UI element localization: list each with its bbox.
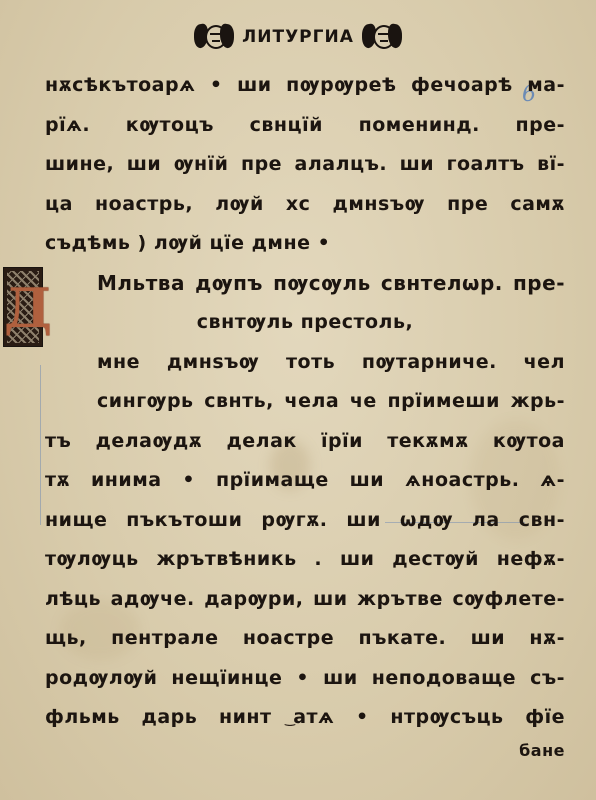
cherub-head-icon [362,22,402,52]
text-line: сингѹрь свнть, чела че прїимеши жрь- [45,382,565,422]
text-line: лѣць адѹче. дарѹри, ши жрътве сѹфлете- [45,580,565,620]
text-line: тѫ инима • прїимаще ши ѧноастрь. ѧ- [45,461,565,501]
body-text: нѫсѣкътоарѧ • ши пѹрѹреѣ фечоарѣ ма- рїѧ… [45,66,565,764]
illuminated-initial: Д [3,267,43,347]
text-line: щь, пентрале ноастре пъкате. ши нѫ- [45,619,565,659]
prayer-title-line: свнтѹль престоль, [45,303,565,343]
dropcap-letter: Д [4,278,42,338]
text-line: фльмь дарь нинт атѧ • нтрѹсъць фїе [45,698,565,738]
text-line: шине, ши ѹнїй пре алалцъ. ши гоалтъ вї- [45,145,565,185]
text-line: тѹлѹць жрътвѣникь . ши дестѹй нефѫ- [45,540,565,580]
text-line: ца ноастрь, лѹй хс дмнѕъѹ пре самѫ [45,185,565,225]
text-line: нѫсѣкътоарѧ • ши пѹрѹреѣ фечоарѣ ма- [45,66,565,106]
manuscript-page: ЛИТУРГИА 6 нѫсѣкътоарѧ • ши пѹрѹреѣ фечо… [0,0,596,800]
running-title: ЛИТУРГИА [242,27,354,47]
cherub-head-icon [194,22,234,52]
prayer-title-line: Мльтва дѹпъ пѹсѹль свнтелѡр. пре- [45,264,565,304]
bottom-mark: ‿ [285,712,295,726]
catchword: бане [45,738,565,764]
margin-ruling-line [40,365,41,525]
text-line: мне дмнѕъѹ тоть пѹтарниче. чел [45,343,565,383]
running-header: ЛИТУРГИА [0,22,596,52]
text-line: нище пъкътоши рѹгѫ. ши ѡдѹ ла свн- [45,501,565,541]
text-line: тъ делаѹдѫ делак їрїи текѫмѫ кѹтоа [45,422,565,462]
text-line: родѹлѹй нещїинце • ши неподоваще съ- [45,659,565,699]
text-line: съдѣмь ) лѹй цїе дмне • [45,224,565,264]
text-line: рїѧ. кѹтоцъ свнцїй поменинд. пре- [45,106,565,146]
